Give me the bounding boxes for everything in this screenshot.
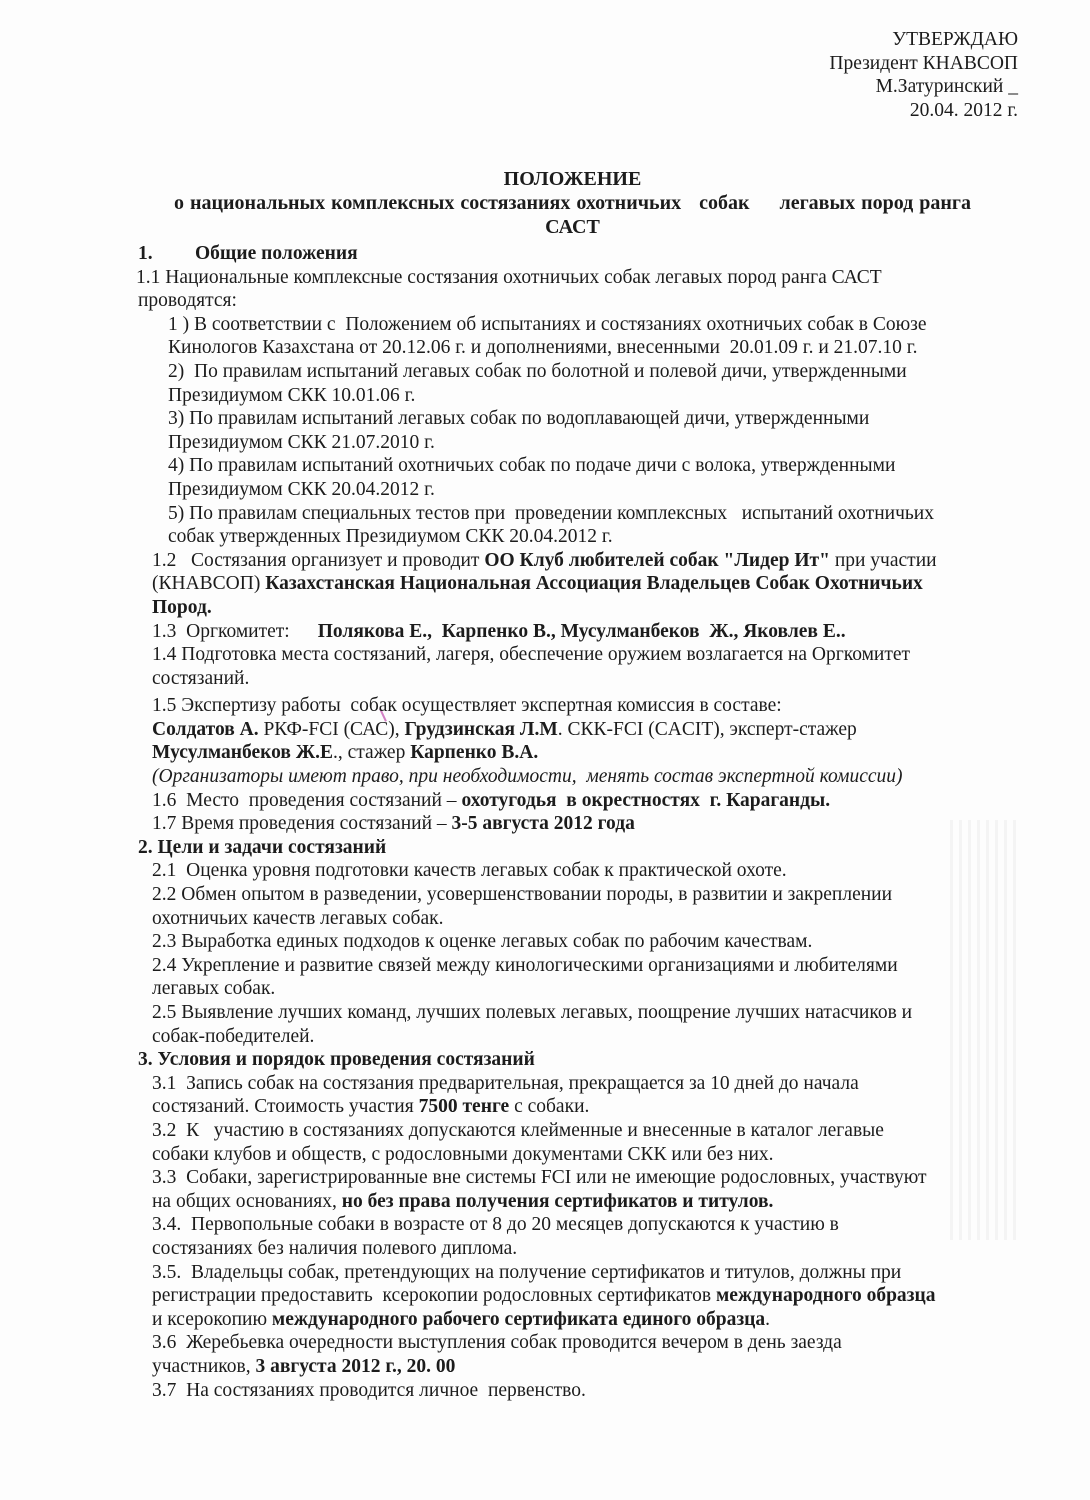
document-title: ПОЛОЖЕНИЕ о национальных комплексных сос… <box>130 167 1015 239</box>
list-item-2: 2) По правилам испытаний легавых собак п… <box>138 360 1038 384</box>
list-item-3: 3) По правилам испытаний легавых собак п… <box>138 407 1038 431</box>
clause-1-5: 1.5 Экспертизу работы собак осуществляет… <box>138 694 1038 718</box>
clause-3-2-cont: собаки клубов и обществ, с родословными … <box>138 1143 1038 1167</box>
clause-3-7: 3.7 На состязаниях проводится личное пер… <box>138 1379 1038 1403</box>
section-1-heading: 1.Общие положения <box>138 242 1038 266</box>
list-item-4-cont: Президиумом СКК 20.04.2012 г. <box>138 478 1038 502</box>
list-item-1-cont: Кинологов Казахстана от 20.12.06 г. и до… <box>138 336 1038 360</box>
list-item-5-cont: собак утвержденных Президиумом СКК 20.04… <box>138 525 1038 549</box>
clause-2-4: 2.4 Укрепление и развитие связей между к… <box>138 954 1038 978</box>
title-main: ПОЛОЖЕНИЕ <box>130 167 1015 191</box>
clause-1-2-end: Пород. <box>138 596 1038 620</box>
clause-1-5-experts: Солдатов А. РКФ-FCI (САС), Грудзинская Л… <box>138 718 1038 742</box>
list-item-1: 1 ) В соответствии с Положением об испыт… <box>138 313 1038 337</box>
clause-1-7: 1.7 Время проведения состязаний – 3-5 ав… <box>138 812 1038 836</box>
clause-3-3: 3.3 Собаки, зарегистрированные вне систе… <box>138 1166 1038 1190</box>
clause-3-6: 3.6 Жеребьевка очередности выступления с… <box>138 1331 1038 1355</box>
title-subtitle: о национальных комплексных состязаниях о… <box>130 191 1015 215</box>
clause-3-4: 3.4. Первопольные собаки в возрасте от 8… <box>138 1213 1038 1237</box>
clause-3-5-end: и ксерокопию международного рабочего сер… <box>138 1308 1038 1332</box>
clause-1-5-note: (Организаторы имеют право, при необходим… <box>138 765 1038 789</box>
clause-3-2: 3.2 К участию в состязаниях допускаются … <box>138 1119 1038 1143</box>
title-rank: САСТ <box>130 215 1015 239</box>
clause-1-1-cont: проводятся: <box>138 289 1038 313</box>
list-item-4: 4) По правилам испытаний охотничьих соба… <box>138 454 1038 478</box>
clause-3-1-cont: состязаний. Стоимость участия 7500 тенге… <box>138 1095 1038 1119</box>
list-item-3-cont: Президиумом СКК 21.07.2010 г. <box>138 431 1038 455</box>
document-page: УТВЕРЖДАЮ Президент КНАВСОП М.Затурински… <box>0 0 1090 1500</box>
approval-line-2: Президент КНАВСОП <box>829 52 1018 76</box>
clause-3-5: 3.5. Владельцы собак, претендующих на по… <box>138 1261 1038 1285</box>
clause-3-3-cont: на общих основаниях, но без права получе… <box>138 1190 1038 1214</box>
clause-3-5-cont: регистрации предоставить ксерокопии родо… <box>138 1284 1038 1308</box>
clause-2-5: 2.5 Выявление лучших команд, лучших поле… <box>138 1001 1038 1025</box>
clause-2-2-cont: охотничьих качеств легавых собак. <box>138 907 1038 931</box>
clause-2-5-cont: собак-победителей. <box>138 1025 1038 1049</box>
clause-1-1: 1.1 Национальные комплексные состязания … <box>136 266 1038 290</box>
clause-1-2-cont: (КНАВСОП) Казахстанская Национальная Асс… <box>138 572 1038 596</box>
clause-2-3: 2.3 Выработка единых подходов к оценке л… <box>138 930 1038 954</box>
document-body: 1.Общие положения 1.1 Национальные компл… <box>138 242 1038 1402</box>
clause-1-4: 1.4 Подготовка места состязаний, лагеря,… <box>138 643 1038 667</box>
list-item-2-cont: Президиумом СКК 10.01.06 г. <box>138 384 1038 408</box>
list-item-5: 5) По правилам специальных тестов при пр… <box>138 502 1038 526</box>
clause-1-5-trainees: Мусулманбеков Ж.Е., стажер Карпенко В.А. <box>138 741 1038 765</box>
clause-1-6: 1.6 Место проведения состязаний – охотуг… <box>138 789 1038 813</box>
clause-2-2: 2.2 Обмен опытом в разведении, усовершен… <box>138 883 1038 907</box>
section-3-heading: 3. Условия и порядок проведения состязан… <box>138 1048 1038 1072</box>
clause-3-6-cont: участников, 3 августа 2012 г., 20. 00 <box>138 1355 1038 1379</box>
approval-line-3: М.Затуринский _ <box>829 75 1018 99</box>
section-2-list: 2.1 Оценка уровня подготовки качеств лег… <box>138 859 1038 1048</box>
clause-1-3: 1.3 Оргкомитет:Полякова Е., Карпенко В.,… <box>138 620 1038 644</box>
approval-stamp: УТВЕРЖДАЮ Президент КНАВСОП М.Затурински… <box>829 28 1018 122</box>
clause-2-1: 2.1 Оценка уровня подготовки качеств лег… <box>138 859 1038 883</box>
clause-1-1-list: 1 ) В соответствии с Положением об испыт… <box>138 313 1038 549</box>
clause-1-4-cont: состязаний. <box>138 667 1038 691</box>
approval-date: 20.04. 2012 г. <box>829 99 1018 123</box>
section-2-heading: 2. Цели и задачи состязаний <box>138 836 1038 860</box>
clause-1-2: 1.2 Состязания организует и проводит ОО … <box>138 549 1038 573</box>
approval-line-1: УТВЕРЖДАЮ <box>829 28 1018 52</box>
clause-3-4-cont: состязаниях без наличия полевого диплома… <box>138 1237 1038 1261</box>
clause-2-4-cont: легавых собак. <box>138 977 1038 1001</box>
clause-3-1: 3.1 Запись собак на состязания предварит… <box>138 1072 1038 1096</box>
